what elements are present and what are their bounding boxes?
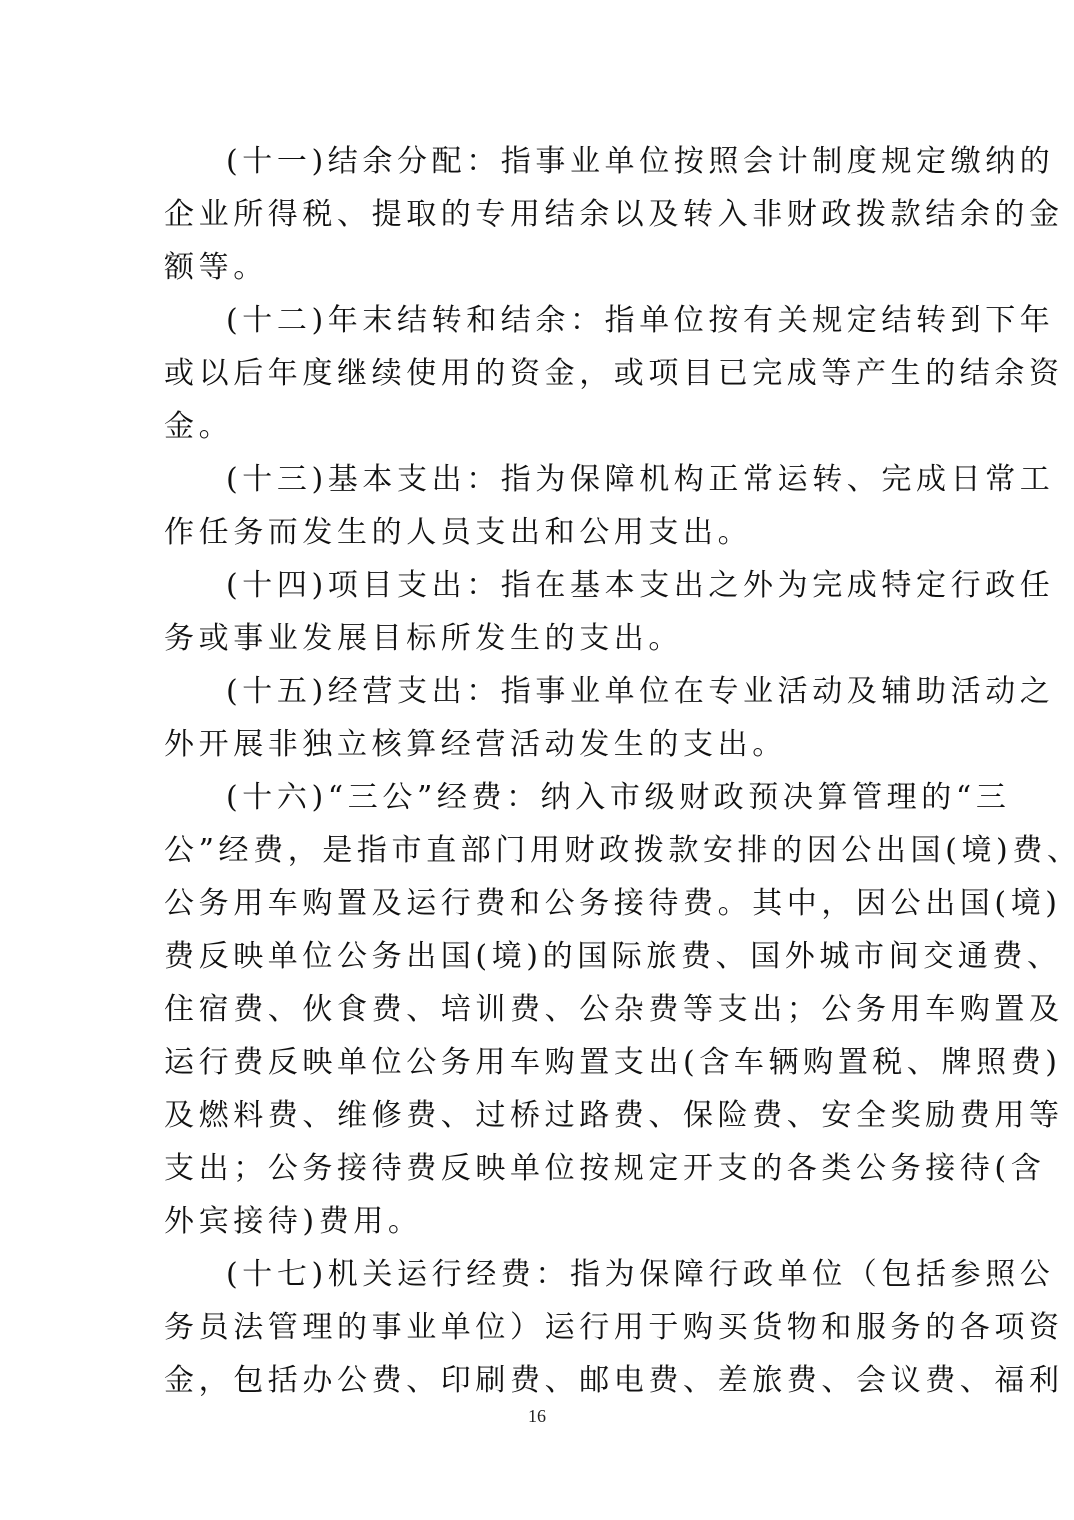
text-line: 运行费反映单位公务用车购置支出(含车辆购置税、牌照费) <box>164 1036 914 1089</box>
text-line: 企业所得税、提取的专用结余以及转入非财政拨款结余的金 <box>164 188 914 241</box>
text-line: 住宿费、伙食费、培训费、公杂费等支出；公务用车购置及 <box>164 983 914 1036</box>
text-line: (十三)基本支出：指为保障机构正常运转、完成日常工 <box>164 453 914 506</box>
text-line: 务员法管理的事业单位）运行用于购买货物和服务的各项资 <box>164 1301 914 1354</box>
text-line: 外宾接待)费用。 <box>164 1195 914 1248</box>
text-line: (十二)年末结转和结余：指单位按有关规定结转到下年 <box>164 294 914 347</box>
text-line: 务或事业发展目标所发生的支出。 <box>164 612 914 665</box>
text-line: 及燃料费、维修费、过桥过路费、保险费、安全奖励费用等 <box>164 1089 914 1142</box>
text-line: (十一)结余分配：指事业单位按照会计制度规定缴纳的 <box>164 135 914 188</box>
text-line: 作任务而发生的人员支出和公用支出。 <box>164 506 914 559</box>
text-line: 公”经费，是指市直部门用财政拨款安排的因公出国(境)费、 <box>164 824 914 877</box>
paragraph-project-expenditure: (十四)项目支出：指在基本支出之外为完成特定行政任 务或事业发展目标所发生的支出… <box>164 559 914 665</box>
text-line: 金。 <box>164 400 914 453</box>
text-line: 公务用车购置及运行费和公务接待费。其中，因公出国(境) <box>164 877 914 930</box>
text-line: (十四)项目支出：指在基本支出之外为完成特定行政任 <box>164 559 914 612</box>
document-body: (十一)结余分配：指事业单位按照会计制度规定缴纳的 企业所得税、提取的专用结余以… <box>164 135 914 1407</box>
text-line: 外开展非独立核算经营活动发生的支出。 <box>164 718 914 771</box>
text-line: 或以后年度继续使用的资金，或项目已完成等产生的结余资 <box>164 347 914 400</box>
paragraph-three-public-expenses: (十六)“三公”经费：纳入市级财政预决算管理的“三 公”经费，是指市直部门用财政… <box>164 771 914 1248</box>
paragraph-basic-expenditure: (十三)基本支出：指为保障机构正常运转、完成日常工 作任务而发生的人员支出和公用… <box>164 453 914 559</box>
text-line: (十五)经营支出：指事业单位在专业活动及辅助活动之 <box>164 665 914 718</box>
paragraph-operating-expenditure: (十五)经营支出：指事业单位在专业活动及辅助活动之 外开展非独立核算经营活动发生… <box>164 665 914 771</box>
text-line: 费反映单位公务出国(境)的国际旅费、国外城市间交通费、 <box>164 930 914 983</box>
page-number: 16 <box>0 1406 1074 1427</box>
text-line: 额等。 <box>164 241 914 294</box>
paragraph-surplus-distribution: (十一)结余分配：指事业单位按照会计制度规定缴纳的 企业所得税、提取的专用结余以… <box>164 135 914 294</box>
paragraph-year-end-carryover: (十二)年末结转和结余：指单位按有关规定结转到下年 或以后年度继续使用的资金，或… <box>164 294 914 453</box>
paragraph-agency-operating-costs: (十七)机关运行经费：指为保障行政单位（包括参照公 务员法管理的事业单位）运行用… <box>164 1248 914 1407</box>
document-page: (十一)结余分配：指事业单位按照会计制度规定缴纳的 企业所得税、提取的专用结余以… <box>0 0 1074 1520</box>
text-line: (十六)“三公”经费：纳入市级财政预决算管理的“三 <box>164 771 914 824</box>
text-line: 金，包括办公费、印刷费、邮电费、差旅费、会议费、福利 <box>164 1354 914 1407</box>
text-line: (十七)机关运行经费：指为保障行政单位（包括参照公 <box>164 1248 914 1301</box>
text-line: 支出；公务接待费反映单位按规定开支的各类公务接待(含 <box>164 1142 914 1195</box>
